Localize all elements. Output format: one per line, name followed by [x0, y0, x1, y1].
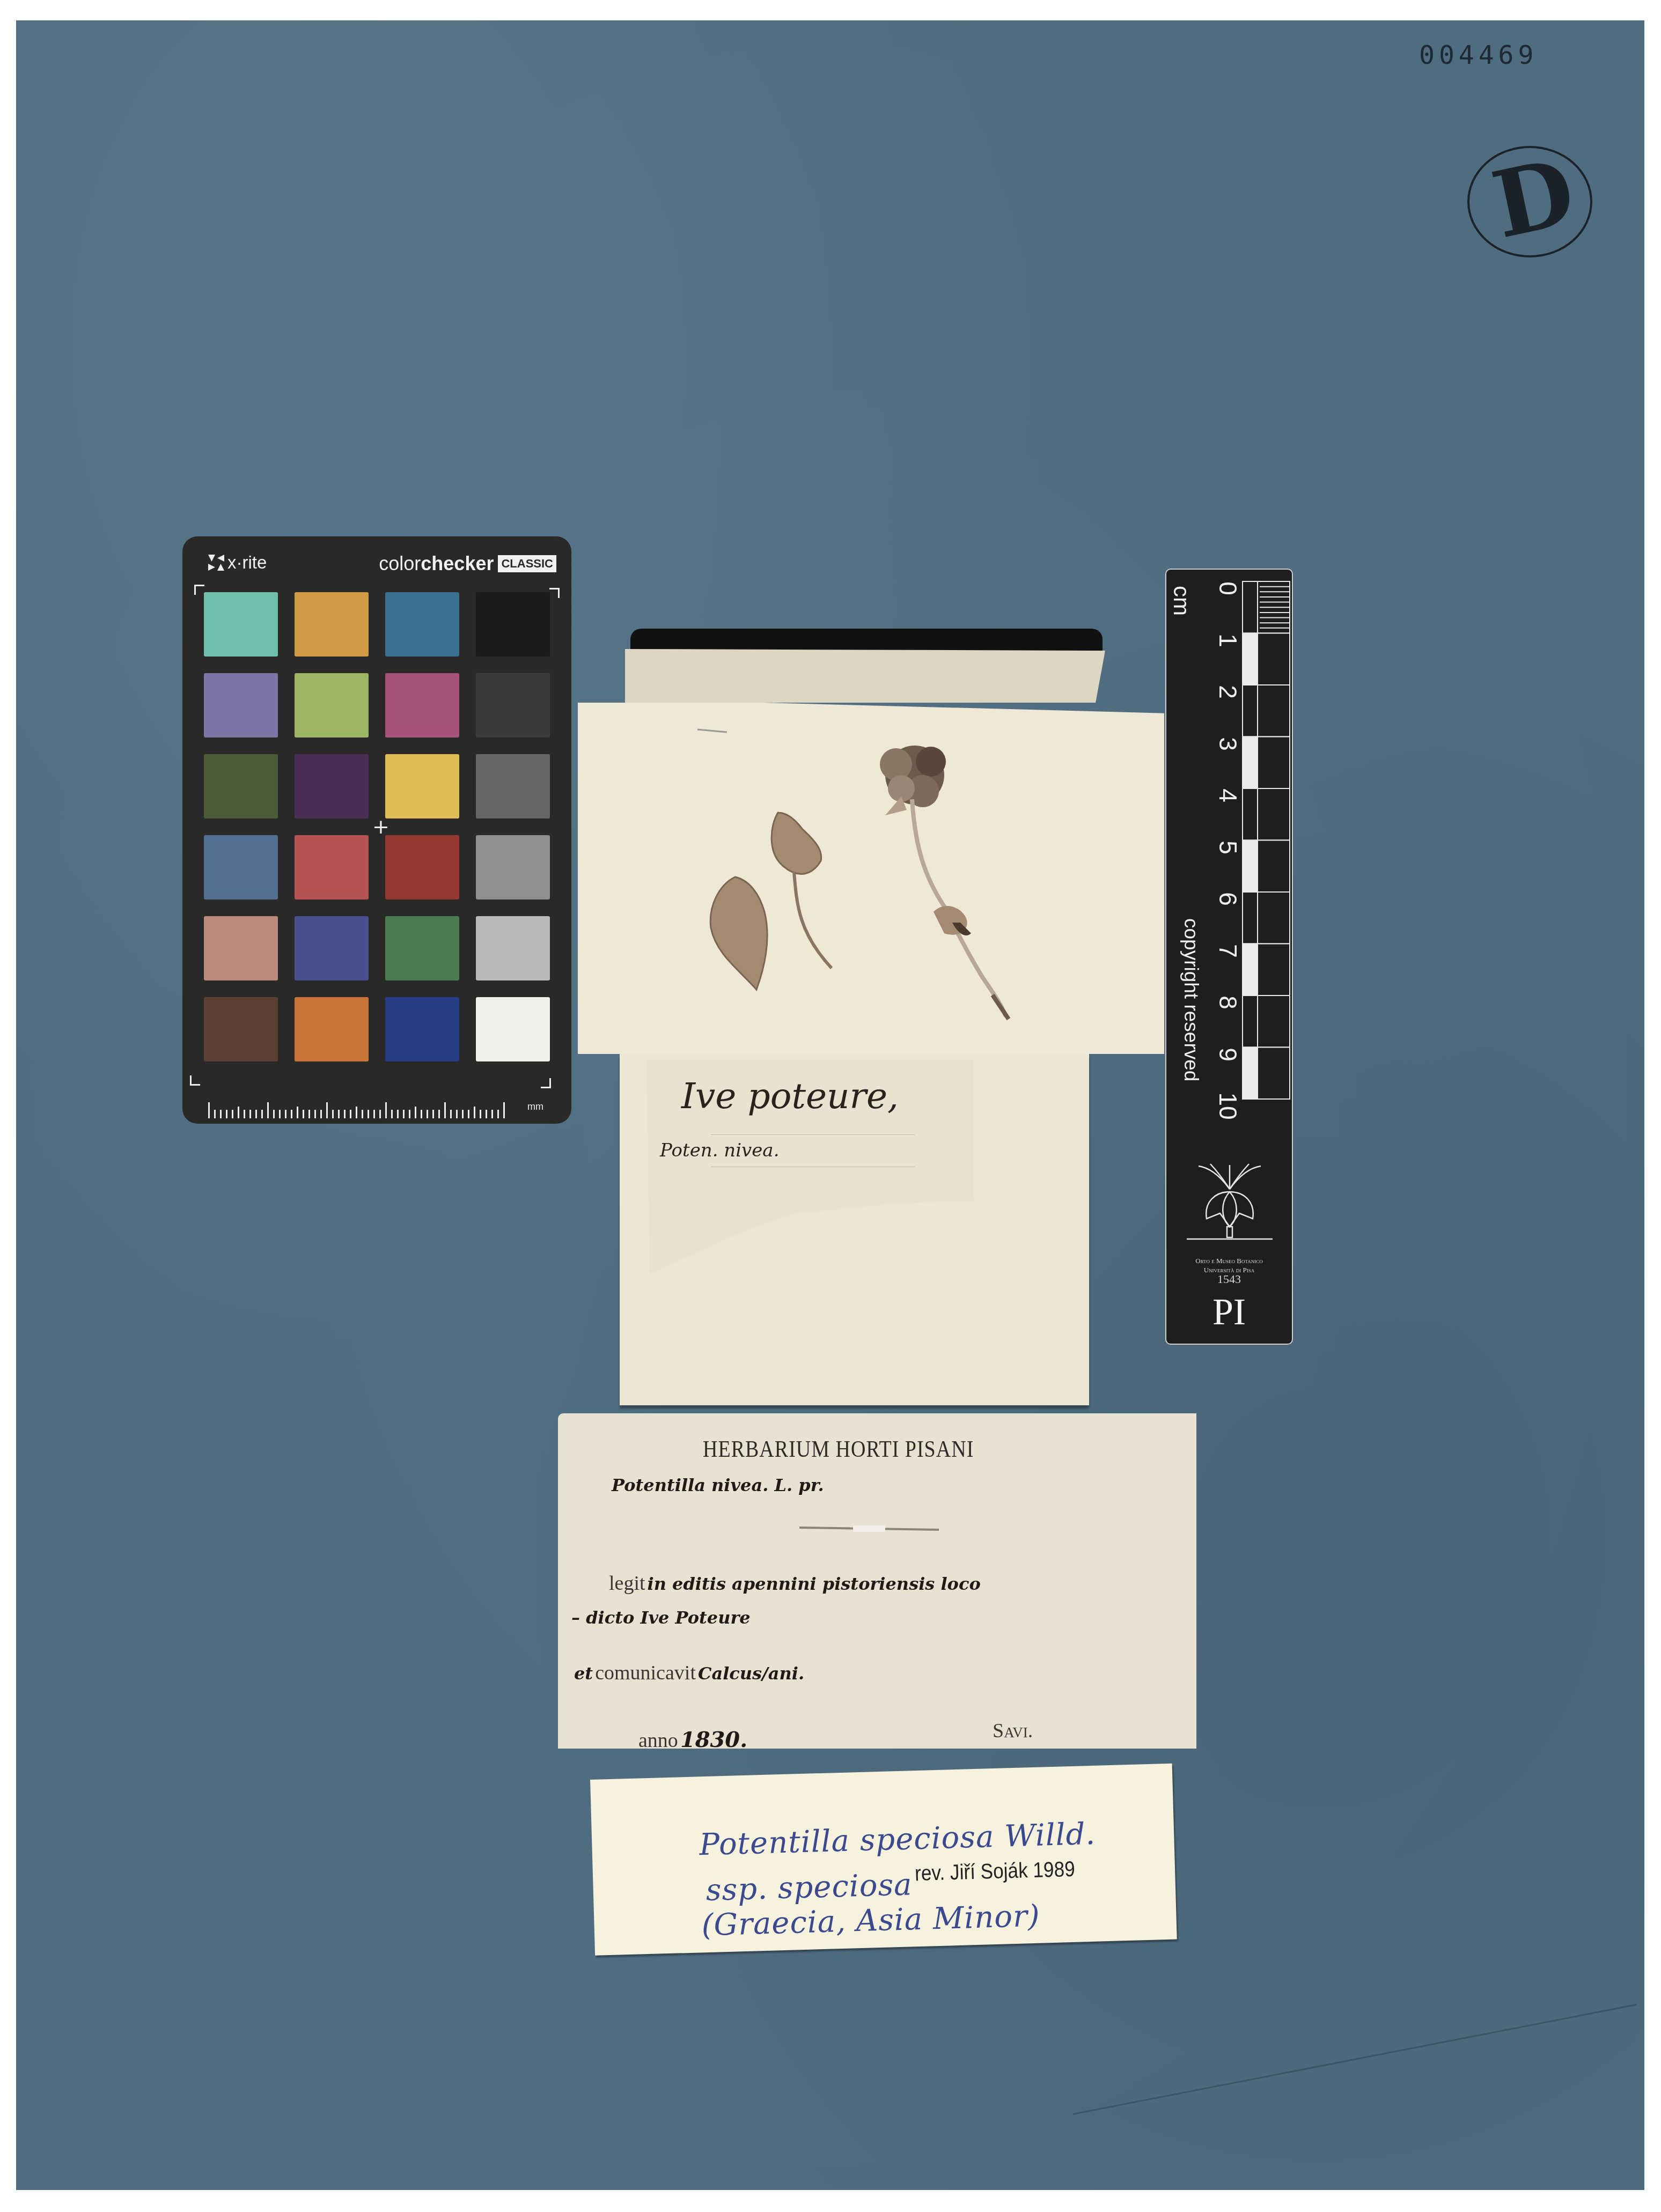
anno-line: anno 1830.: [638, 1727, 747, 1752]
color-patch: [476, 673, 550, 738]
author-savi: Savi.: [993, 1719, 1033, 1743]
ruler-tick: [279, 1110, 281, 1118]
ruler-tick: [332, 1110, 334, 1118]
corner-mark: [194, 585, 204, 595]
color-patch: [295, 592, 369, 657]
comunicavit-line: et comunicavit Calcus/ani.: [574, 1661, 804, 1685]
original-taxon-name: Potentilla nivea. L. pr.: [612, 1475, 824, 1495]
reviser-stamp: rev. Jiří Soják 1989: [915, 1857, 1076, 1886]
color-patch: [295, 673, 369, 738]
color-patch: [385, 754, 459, 819]
ruler-tick: [379, 1110, 381, 1118]
legit-handwritten: in editis apennini pistoriensis loco: [648, 1574, 981, 1594]
pin-icon: [799, 1524, 944, 1533]
scale-number: 8: [1214, 986, 1243, 1019]
ruler-tick: [297, 1107, 298, 1118]
herbarium-title: HERBARIUM HORTI PISANI: [703, 1436, 974, 1463]
color-patch: [385, 673, 459, 738]
ruler-tick: [456, 1110, 458, 1118]
ruler-tick: [486, 1110, 487, 1118]
ruler-tick: [326, 1102, 328, 1118]
corner-mark: [541, 1078, 551, 1088]
ruler-tick: [491, 1110, 493, 1118]
ruler-tick: [468, 1110, 469, 1118]
ruler-tick: [320, 1110, 322, 1118]
color-patch: [385, 835, 459, 899]
color-patch: [295, 916, 369, 980]
ruler-tick: [350, 1110, 351, 1118]
ruler-tick: [244, 1110, 245, 1118]
scale-number: 2: [1214, 676, 1243, 708]
leaf-middle-icon: [771, 813, 832, 968]
color-patch: [476, 997, 550, 1061]
ruled-line: [711, 1134, 915, 1135]
xrite-logo-icon: [208, 555, 224, 571]
ruler-tick: [385, 1102, 387, 1118]
color-patch: [204, 592, 278, 657]
color-patch: [385, 997, 459, 1061]
scale-number: 10: [1214, 1090, 1243, 1122]
ruler-tick: [368, 1110, 369, 1118]
color-patch: [295, 754, 369, 819]
color-patch: [385, 916, 459, 980]
ruler-tick: [344, 1110, 346, 1118]
cm-unit-label: cm: [1168, 586, 1194, 616]
leaf-left-icon: [710, 877, 767, 990]
ruler-tick: [391, 1110, 393, 1118]
ruler-tick: [255, 1110, 257, 1118]
locality-slip-line1: Ive poteure,: [681, 1075, 899, 1117]
ruler-tick: [214, 1110, 216, 1118]
ruled-line: [711, 1167, 915, 1167]
xrite-brand-text: x·rite: [227, 552, 267, 573]
stamp-letter: D: [1486, 146, 1582, 252]
legit-line: legit in editis apennini pistoriensis lo…: [609, 1572, 981, 1595]
color-patch: [204, 754, 278, 819]
xrite-brand: x·rite: [208, 552, 267, 573]
scale-number: 6: [1214, 883, 1243, 915]
ruler-tick: [403, 1110, 405, 1118]
color-patch: [295, 997, 369, 1061]
ruler-tick: [267, 1102, 269, 1118]
crosshair-icon: +: [372, 816, 389, 837]
ruler-tick: [397, 1110, 399, 1118]
institution-name: Orto e Museo Botanico Università di Pisa…: [1166, 1256, 1292, 1284]
ruler-tick: [273, 1110, 275, 1118]
flower-head-icon: [880, 746, 1009, 1019]
ruler-tick: [427, 1110, 428, 1118]
herbarium-code: PI: [1166, 1291, 1292, 1334]
color-patch: [204, 835, 278, 899]
ruler-tick: [415, 1107, 416, 1118]
catalog-number: 004469: [1419, 40, 1538, 70]
color-patch: [476, 835, 550, 899]
scale-number: 7: [1214, 935, 1243, 967]
ruler-tick: [238, 1107, 239, 1118]
mm-label: mm: [527, 1101, 543, 1112]
corner-mark: [190, 1075, 200, 1086]
revised-subspecies: ssp. speciosa: [705, 1867, 913, 1908]
scale-number: 9: [1214, 1038, 1243, 1071]
cm-scale-bar: cm copyright reserved Orto e Museo Botan…: [1165, 569, 1293, 1345]
revised-taxon-name: Potentilla speciosa Willd.: [699, 1817, 1096, 1863]
color-patch: [295, 835, 369, 899]
legit-printed: legit: [609, 1572, 645, 1595]
ruler-tick: [409, 1110, 410, 1118]
revision-label: Potentilla speciosa Willd. ssp. speciosa…: [590, 1764, 1177, 1956]
d-stamp-icon: D: [1467, 146, 1592, 257]
ruler-tick: [303, 1110, 304, 1118]
ruler-tick: [338, 1110, 340, 1118]
color-patch: [385, 592, 459, 657]
ruler-tick: [291, 1110, 292, 1118]
ruler-tick: [308, 1110, 310, 1118]
color-patch: [476, 916, 550, 980]
locality-handwritten: – dicto Ive Poteure: [571, 1608, 751, 1628]
scale-number: 4: [1214, 779, 1243, 812]
collection-year: 1830.: [680, 1727, 747, 1752]
ruler-tick: [474, 1107, 475, 1118]
ruler-tick: [462, 1110, 464, 1118]
mm-ruler: [208, 1102, 509, 1118]
founded-year: 1543: [1166, 1274, 1292, 1284]
ruler-tick: [356, 1107, 357, 1118]
ruler-tick: [450, 1110, 452, 1118]
ruler-tick: [261, 1110, 263, 1118]
color-patch: [204, 916, 278, 980]
ruler-tick: [314, 1110, 316, 1118]
scale-number: 1: [1214, 624, 1243, 657]
ruler-tick: [362, 1110, 363, 1118]
anno-printed: anno: [638, 1729, 678, 1752]
ruler-tick: [226, 1110, 227, 1118]
ruler-tick: [438, 1110, 440, 1118]
dried-plant-specimen: [622, 681, 1159, 1057]
ruler-tick: [220, 1110, 222, 1118]
herbarium-label: HERBARIUM HORTI PISANI Potentilla nivea.…: [558, 1413, 1196, 1749]
pin-icon: [697, 729, 727, 732]
institution-line1: Orto e Museo Botanico: [1166, 1256, 1292, 1265]
color-patch: [476, 754, 550, 819]
classic-badge: CLASSIC: [498, 555, 556, 572]
ruler-tick: [208, 1102, 210, 1118]
ruler-tick: [421, 1110, 422, 1118]
color-patch: [204, 673, 278, 738]
ruler-tick: [480, 1110, 481, 1118]
color-checker-card: x·rite colorchecker CLASSIC + mm: [182, 536, 571, 1124]
ruler-tick: [432, 1110, 434, 1118]
comunicavit-printed: comunicavit: [595, 1662, 696, 1684]
et-handwritten: et: [574, 1663, 593, 1684]
product-name-light: color: [379, 552, 421, 575]
color-patch: [204, 997, 278, 1061]
scale-number: 0: [1214, 572, 1243, 604]
colorchecker-product-name: colorchecker CLASSIC: [379, 552, 556, 575]
ruler-tick: [373, 1110, 375, 1118]
color-patch: [476, 592, 550, 657]
ruler-tick: [503, 1102, 505, 1118]
scale-bar-graphic: [1241, 580, 1291, 1103]
fritillaria-logo-icon: [1177, 1160, 1282, 1240]
scale-number: 5: [1214, 831, 1243, 864]
scale-number: 3: [1214, 728, 1243, 760]
ruler-tick: [249, 1110, 251, 1118]
copyright-notice: copyright reserved: [1180, 918, 1202, 1081]
ruler-tick: [285, 1110, 286, 1118]
ruler-tick: [444, 1102, 446, 1118]
product-name-bold: checker: [421, 552, 494, 575]
locality-slip-line2: Poten. nivea.: [660, 1140, 779, 1161]
ruler-tick: [232, 1110, 233, 1118]
communicator-handwritten: Calcus/ani.: [698, 1663, 804, 1684]
ruler-tick: [497, 1110, 499, 1118]
